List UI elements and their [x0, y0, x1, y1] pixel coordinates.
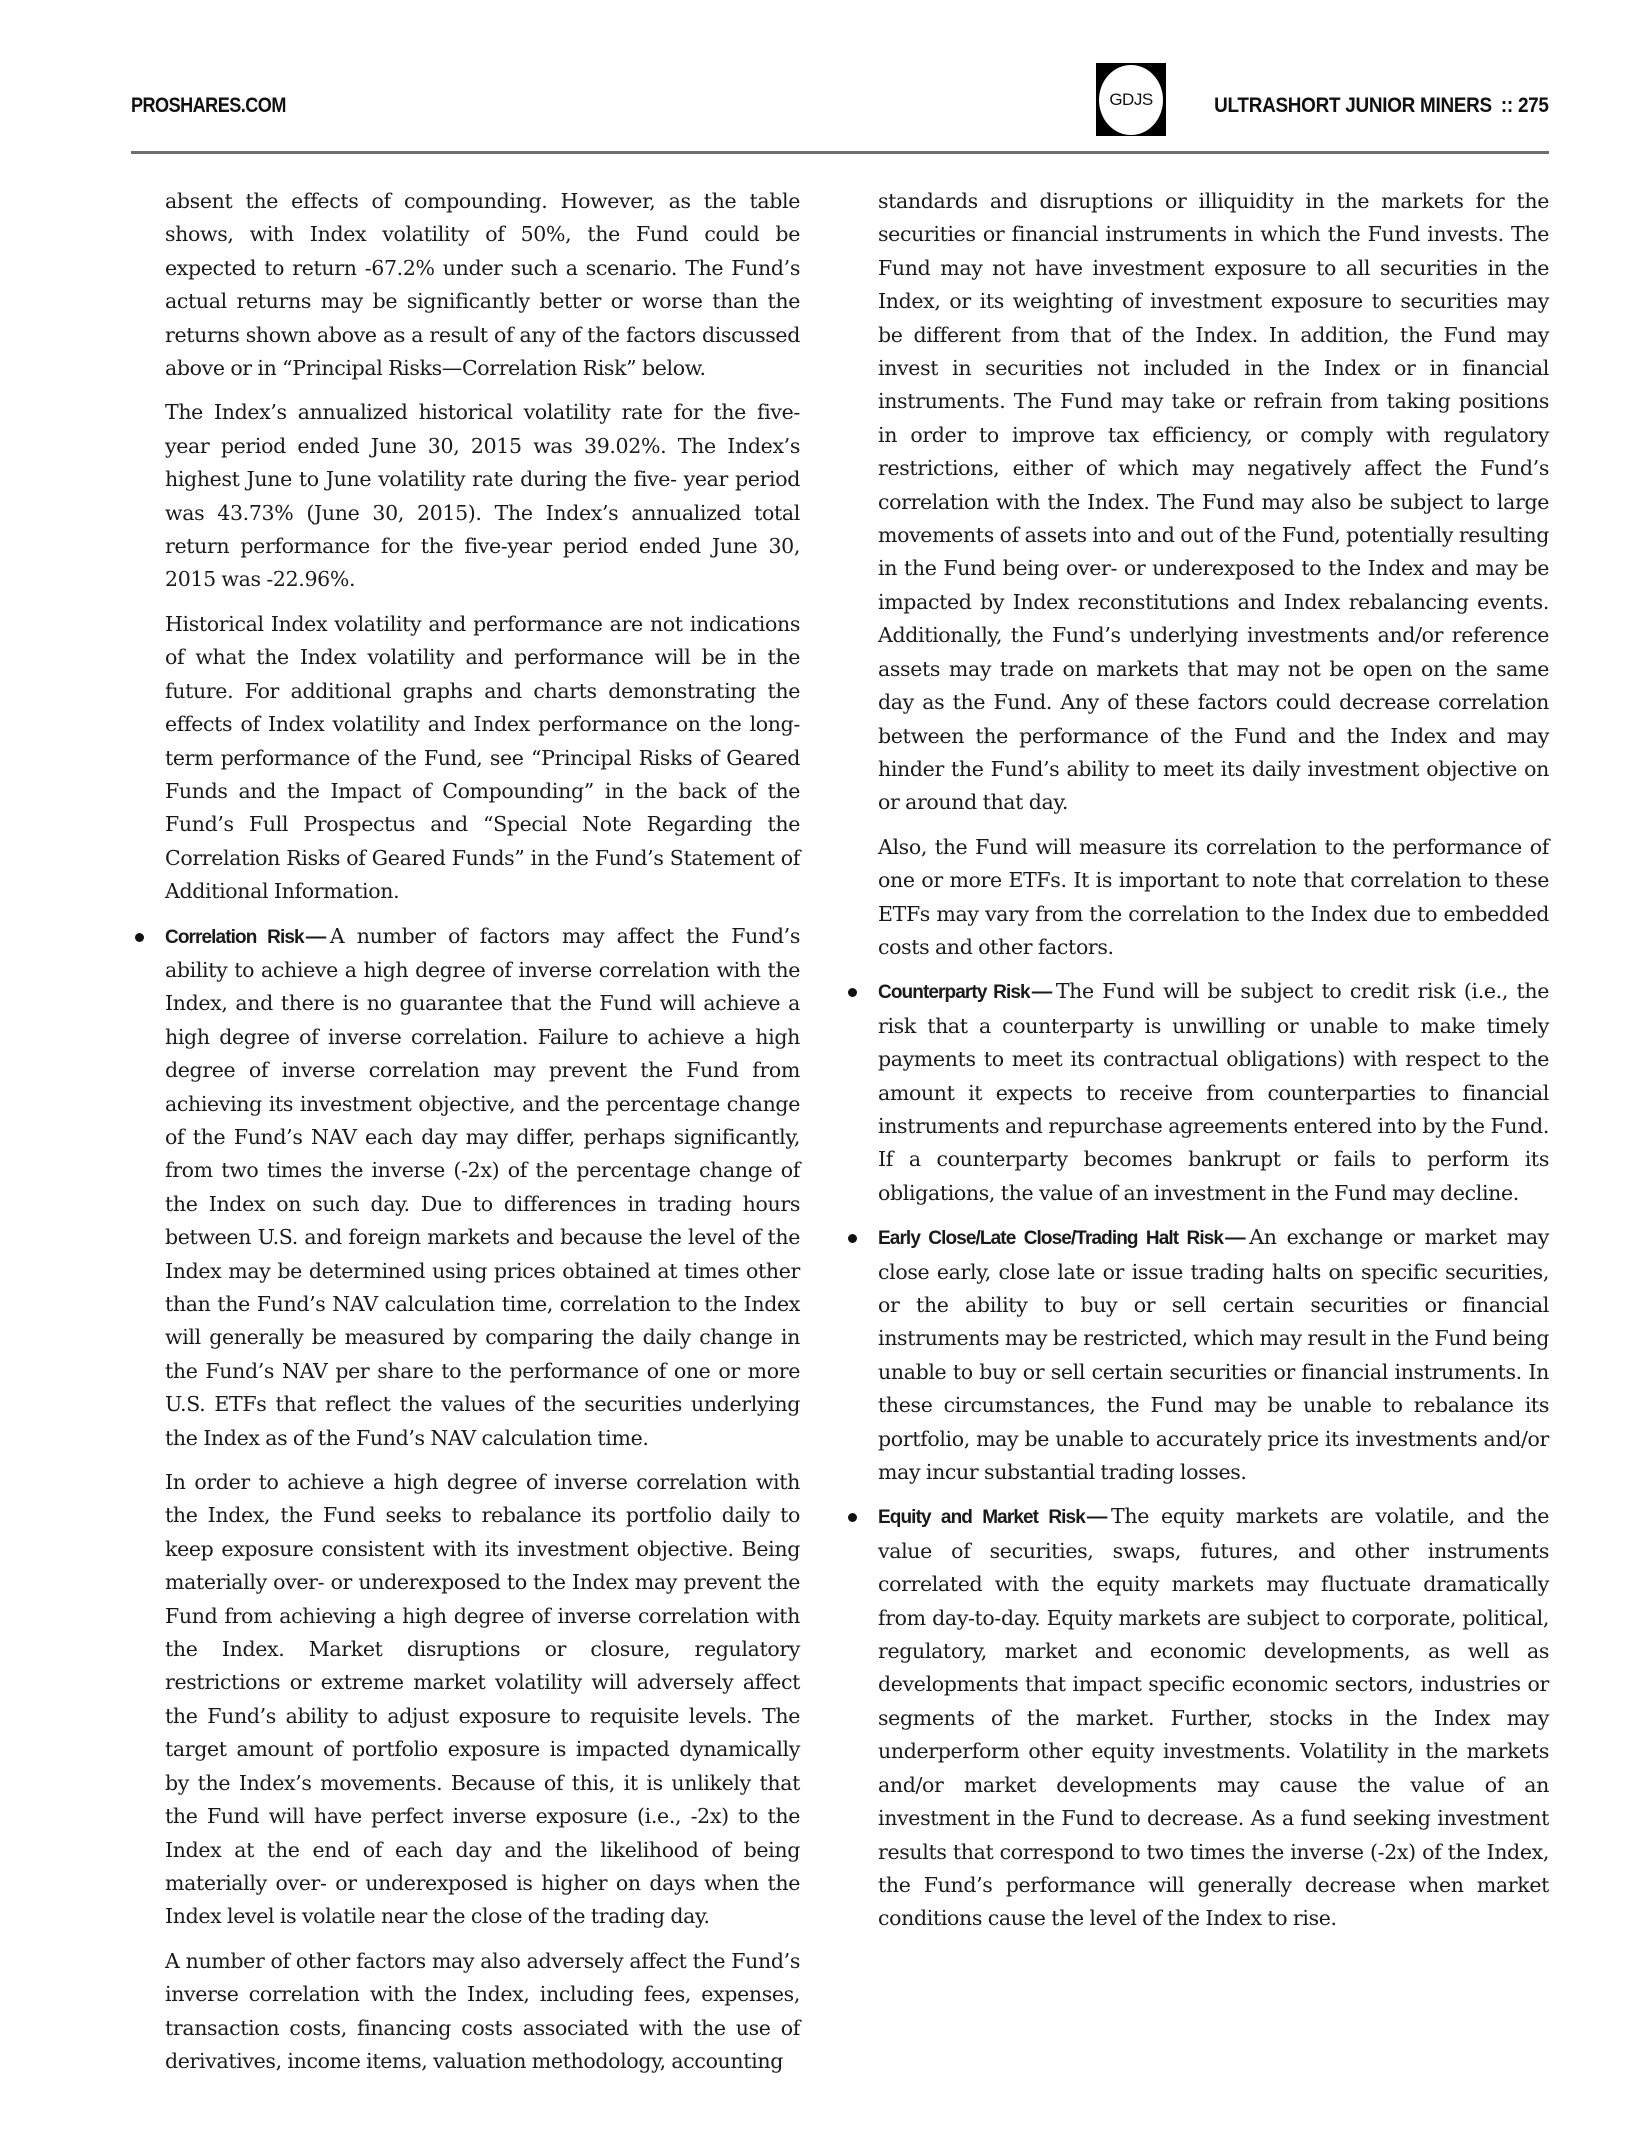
- risk-item-early-close: Early Close/Late Close/Trading Halt Risk…: [878, 1221, 1549, 1489]
- header-divider: [131, 151, 1549, 154]
- risk-description: An exchange or market may close early, c…: [878, 1225, 1549, 1484]
- risk-item-equity-market: Equity and Market Risk—The equity market…: [878, 1500, 1549, 1935]
- paragraph-etf-correlation: Also, the Fund will measure its correlat…: [878, 831, 1549, 965]
- risk-description: A number of factors may affect the Fund’…: [165, 924, 800, 1450]
- site-url: PROSHARES.COM: [131, 94, 286, 118]
- risk-description: The equity markets are volatile, and the…: [878, 1504, 1549, 1930]
- running-title: ULTRASHORT JUNIOR MINERS:: 275: [1214, 94, 1549, 118]
- left-column: absent the effects of compounding. Howev…: [165, 185, 800, 2089]
- right-column: standards and disruptions or illiquidity…: [878, 185, 1549, 1947]
- em-dash: —: [1032, 980, 1052, 1003]
- paragraph-compounding: absent the effects of compounding. Howev…: [165, 185, 800, 385]
- risk-item-counterparty: Counterparty Risk—The Fund will be subje…: [878, 975, 1549, 1210]
- em-dash: —: [1225, 1226, 1245, 1249]
- bullet-icon: [135, 933, 144, 942]
- page-header: PROSHARES.COM GDJS ULTRASHORT JUNIOR MIN…: [131, 60, 1549, 155]
- bullet-icon: [848, 1234, 857, 1243]
- fund-title: ULTRASHORT JUNIOR MINERS: [1214, 94, 1492, 117]
- risk-description: The Fund will be subject to credit risk …: [878, 979, 1549, 1204]
- risk-term: Correlation Risk: [165, 927, 304, 948]
- paragraph-standards: standards and disruptions or illiquidity…: [878, 185, 1549, 820]
- bullet-icon: [848, 988, 857, 997]
- bullet-icon: [848, 1513, 857, 1522]
- title-separator: ::: [1501, 94, 1513, 117]
- paragraph-other-factors: A number of other factors may also adver…: [165, 1945, 800, 2079]
- risk-item-correlation: Correlation Risk—A number of factors may…: [165, 920, 800, 1456]
- risk-term: Counterparty Risk: [878, 982, 1030, 1003]
- page-number: 275: [1518, 94, 1549, 117]
- em-dash: —: [1087, 1505, 1107, 1528]
- paragraph-rebalance: In order to achieve a high degree of inv…: [165, 1466, 800, 1934]
- paragraph-volatility-stats: The Index’s annualized historical volati…: [165, 396, 800, 596]
- paragraph-historical-note: Historical Index volatility and performa…: [165, 608, 800, 909]
- ticker-badge: GDJS: [1099, 65, 1163, 135]
- risk-term: Equity and Market Risk: [878, 1507, 1085, 1528]
- em-dash: —: [306, 925, 326, 948]
- risk-term: Early Close/Late Close/Trading Halt Risk: [878, 1228, 1223, 1249]
- ticker-logo-icon: GDJS: [1096, 63, 1166, 136]
